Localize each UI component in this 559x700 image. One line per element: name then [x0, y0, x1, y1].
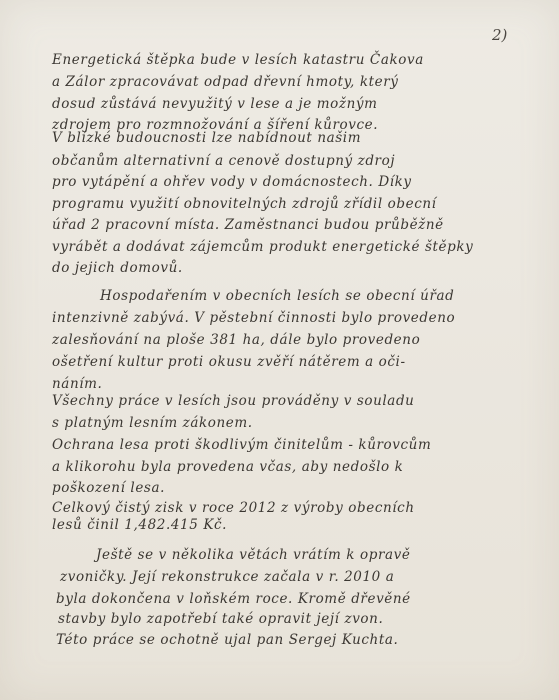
text-line: programu využití obnovitelných zdrojů zř… — [52, 196, 437, 212]
text-line: Této práce se ochotně ujal pan Sergej Ku… — [56, 632, 398, 648]
text-line: s platným lesním zákonem. — [52, 415, 253, 431]
text-line: ošetření kultur proti okusu zvěří nátěre… — [52, 354, 406, 370]
text-line: poškození lesa. — [52, 480, 165, 496]
text-line: do jejich domovů. — [52, 260, 183, 276]
text-line: vyrábět a dodávat zájemcům produkt energ… — [52, 239, 473, 255]
text-line: Energetická štěpka bude v lesích katastr… — [52, 52, 424, 68]
text-line: intenzivně zabývá. V pěstební činnosti b… — [52, 310, 455, 326]
text-line: úřad 2 pracovní místa. Zaměstnanci budou… — [52, 217, 444, 233]
text-line: občanům alternativní a cenově dostupný z… — [52, 153, 395, 169]
page-number: 2) — [492, 26, 507, 44]
text-line: Celkový čistý zisk v roce 2012 z výroby … — [52, 500, 415, 516]
text-line: náním. — [52, 376, 102, 392]
handwritten-document-page: 2) Energetická štěpka bude v lesích kata… — [0, 0, 559, 700]
text-line: zalesňování na ploše 381 ha, dále bylo p… — [52, 332, 420, 348]
text-line: Hospodařením v obecních lesích se obecní… — [100, 288, 454, 304]
text-line: Všechny práce v lesích jsou prováděny v … — [52, 393, 414, 409]
text-line: Ochrana lesa proti škodlivým činitelům -… — [52, 437, 431, 453]
text-line: zvoničky. Její rekonstrukce začala v r. … — [60, 569, 394, 585]
text-line: Ještě se v několika větách vrátím k opra… — [96, 547, 410, 563]
text-line: dosud zůstává nevyužitý v lese a je možn… — [52, 96, 378, 112]
text-line: lesů činil 1,482.415 Kč. — [52, 517, 227, 533]
text-line: a klikorohu byla provedena včas, aby ned… — [52, 459, 403, 475]
text-line: pro vytápění a ohřev vody v domácnostech… — [52, 174, 412, 190]
text-line: stavby bylo zapotřebí také opravit její … — [58, 611, 383, 627]
text-line: V blízké budoucnosti lze nabídnout našim — [52, 130, 361, 146]
text-line: byla dokončena v loňském roce. Kromě dře… — [56, 591, 411, 607]
text-line: a Zálor zpracovávat odpad dřevní hmoty, … — [52, 74, 399, 90]
